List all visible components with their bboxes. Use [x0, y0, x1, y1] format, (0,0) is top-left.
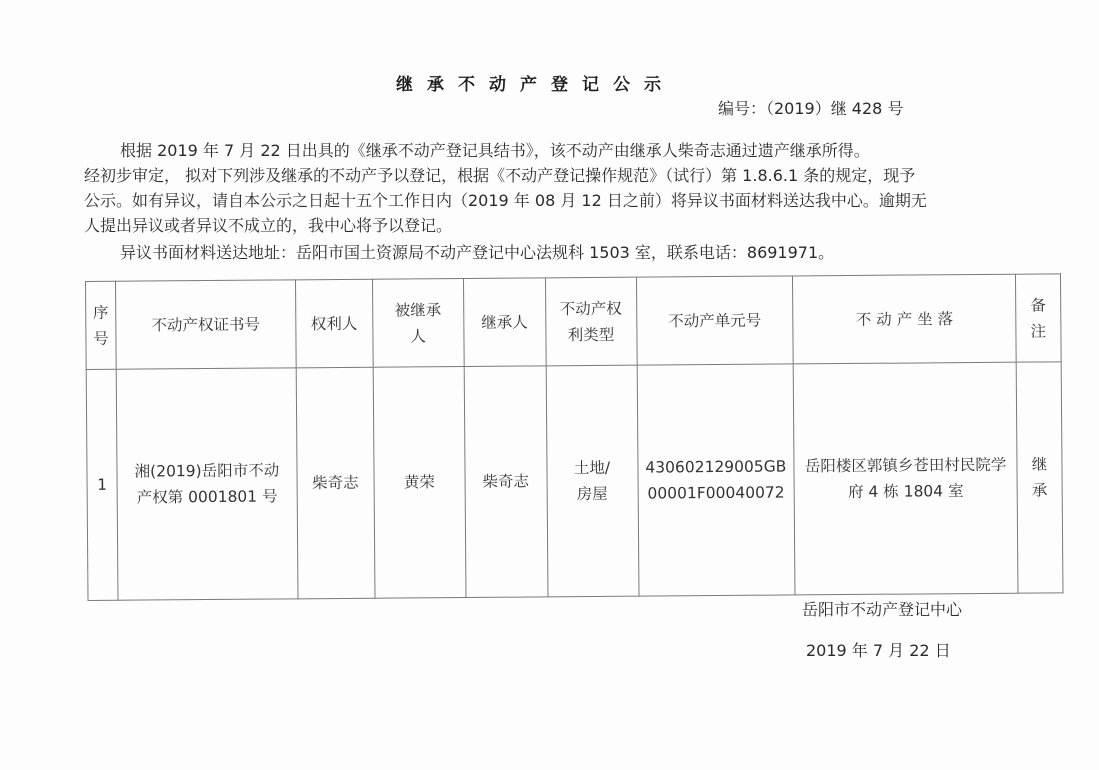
header-location: 不 动 产 坐 落 — [793, 274, 1016, 364]
cell-cert-no: 湘(2019)岳阳市不动产权第 0001801 号 — [116, 368, 298, 600]
cell-unit-no: 430602129005GB00001F00040072 — [637, 364, 796, 596]
header-owner: 权利人 — [295, 279, 373, 368]
cell-seq: 1 — [86, 369, 118, 600]
paragraph-notice-line1: 经初步审定， 拟对下列涉及继承的不动产予以登记，根据《不动产登记操作规范》（试行… — [84, 163, 915, 188]
header-unit-no: 不动产单元号 — [636, 276, 793, 365]
header-heir: 继承人 — [463, 278, 546, 367]
header-right-type: 不动产权利类型 — [545, 277, 637, 366]
table-header-row: 序号 不动产权证书号 权利人 被继承人 继承人 不动产权利类型 不动产单元号 不… — [86, 274, 1062, 370]
issuing-organization: 岳阳市不动产登记中心 — [802, 597, 962, 620]
cell-owner: 柴奇志 — [296, 367, 375, 599]
table-row: 1 湘(2019)岳阳市不动产权第 0001801 号 柴奇志 黄荣 柴奇志 土… — [86, 362, 1063, 601]
issue-date: 2019 年 7 月 22 日 — [806, 638, 951, 661]
document-number: 编号：（2019）继 428 号 — [718, 96, 903, 119]
header-seq: 序号 — [86, 281, 117, 369]
paragraph-basis: 根据 2019 年 7 月 22 日出具的《继承不动产登记具结书》，该不动产由继… — [120, 138, 870, 163]
header-cert-no: 不动产权证书号 — [115, 280, 296, 369]
cell-right-type: 土地/房屋 — [546, 365, 639, 597]
paragraph-objection-address: 异议书面材料送达地址：岳阳市国土资源局不动产登记中心法规科 1503 室，联系电… — [120, 240, 834, 265]
cell-remark: 继承 — [1016, 362, 1063, 593]
paragraph-notice-line3: 人提出异议或者异议不成立的，我中心将予以登记。 — [84, 213, 452, 238]
paragraph-notice-line2: 公示。如有异议，请自本公示之日起十五个工作日内（2019 年 08 月 12 日… — [84, 188, 927, 213]
registration-table: 序号 不动产权证书号 权利人 被继承人 继承人 不动产权利类型 不动产单元号 不… — [85, 273, 1063, 601]
cell-heir: 柴奇志 — [464, 366, 548, 598]
header-decedent: 被继承人 — [372, 279, 464, 368]
document-title: 继承不动产登记公示 — [396, 70, 675, 95]
cell-decedent: 黄荣 — [373, 367, 466, 599]
header-remark: 备注 — [1015, 274, 1061, 362]
cell-location: 岳阳楼区郭镇乡苍田村民院学府 4 栋 1804 室 — [793, 362, 1018, 595]
